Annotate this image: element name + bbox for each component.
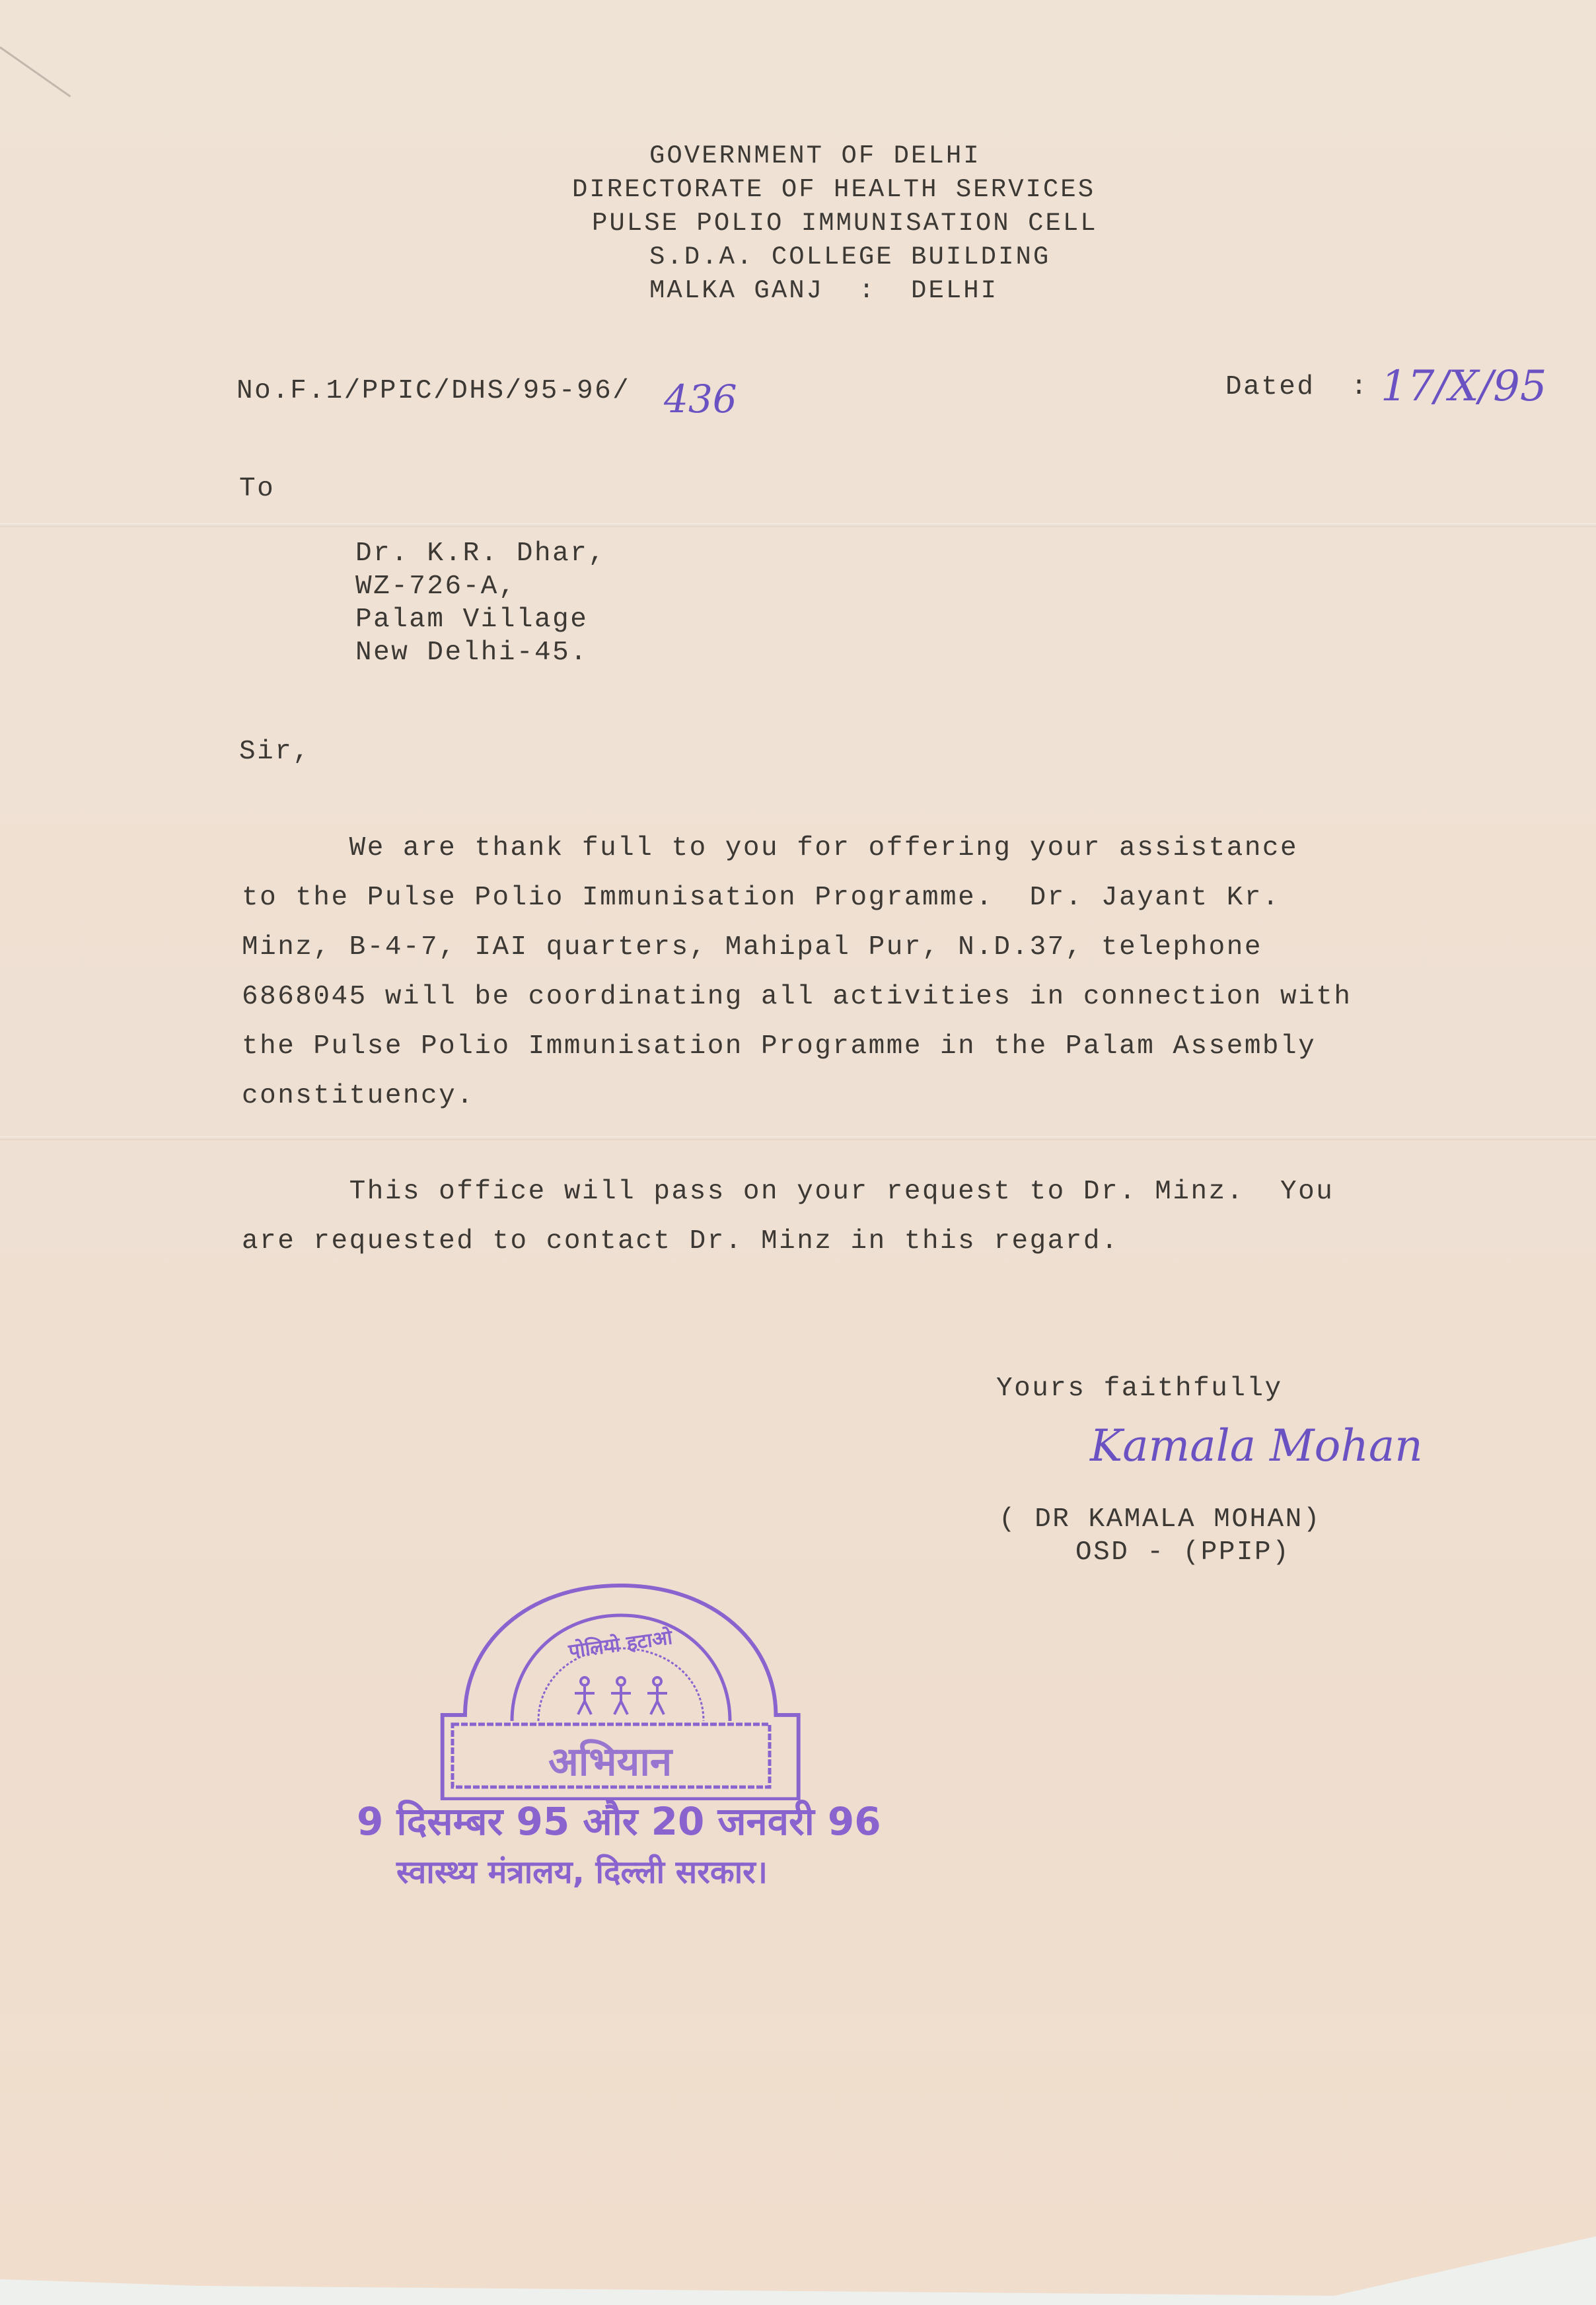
fold-line-upper xyxy=(0,523,1596,527)
salutation: Sir, xyxy=(239,739,310,766)
letterhead-cell: PULSE POLIO IMMUNISATION CELL xyxy=(592,209,1098,238)
body-p1-line-3: Minz, B-4-7, IAI quarters, Mahipal Pur, … xyxy=(242,934,1262,961)
stamp-date-line: 9 दिसम्बर 95 और 20 जनवरी 96 xyxy=(357,1794,881,1846)
addressee-address-1: WZ-726-A, xyxy=(355,573,517,601)
signatory-title: OSD - (PPIP) xyxy=(1075,1539,1290,1566)
body-p1-line-4: 6868045 will be coordinating all activit… xyxy=(242,984,1352,1011)
body-p1-line-1: We are thank full to you for offering yo… xyxy=(242,835,1298,862)
to-label: To xyxy=(239,476,275,503)
letterhead-government: GOVERNMENT OF DELHI xyxy=(649,141,981,170)
letter-paper: GOVERNMENT OF DELHI DIRECTORATE OF HEALT… xyxy=(0,0,1596,2305)
official-stamp: पोलियो हटाओ अभियान xyxy=(433,1582,803,1800)
signature: Kamala Mohan xyxy=(1090,1420,1423,1471)
addressee-address-3: New Delhi-45. xyxy=(355,640,588,667)
valediction: Yours faithfully xyxy=(996,1375,1283,1403)
addressee-address-2: Palam Village xyxy=(355,606,588,634)
paper-crease xyxy=(0,46,71,97)
body-p2-line-1: This office will pass on your request to… xyxy=(242,1179,1334,1206)
signatory-name: ( DR KAMALA MOHAN) xyxy=(999,1506,1321,1533)
stamp-ministry-line: स्वास्थ्य मंत्रालय, दिल्ली सरकार। xyxy=(396,1850,768,1893)
addressee-name: Dr. K.R. Dhar, xyxy=(355,540,606,567)
dated-label: Dated : xyxy=(1225,374,1369,401)
body-p2-line-2: are requested to contact Dr. Minz in thi… xyxy=(242,1228,1119,1255)
reference-number: No.F.1/PPIC/DHS/95-96/ xyxy=(236,378,630,405)
stamp-banner-text: अभियान xyxy=(548,1733,672,1787)
letterhead-location: MALKA GANJ : DELHI xyxy=(649,276,998,305)
body-p1-line-6: constituency. xyxy=(242,1083,474,1110)
body-p1-line-5: the Pulse Polio Immunisation Programme i… xyxy=(242,1033,1316,1060)
letterhead-building: S.D.A. COLLEGE BUILDING xyxy=(649,242,1050,272)
date-handwritten: 17/X/95 xyxy=(1381,362,1547,411)
letterhead-directorate: DIRECTORATE OF HEALTH SERVICES xyxy=(572,175,1095,204)
reference-number-handwritten: 436 xyxy=(664,377,737,421)
fold-line-middle xyxy=(0,1136,1596,1140)
body-p1-line-2: to the Pulse Polio Immunisation Programm… xyxy=(242,885,1280,912)
